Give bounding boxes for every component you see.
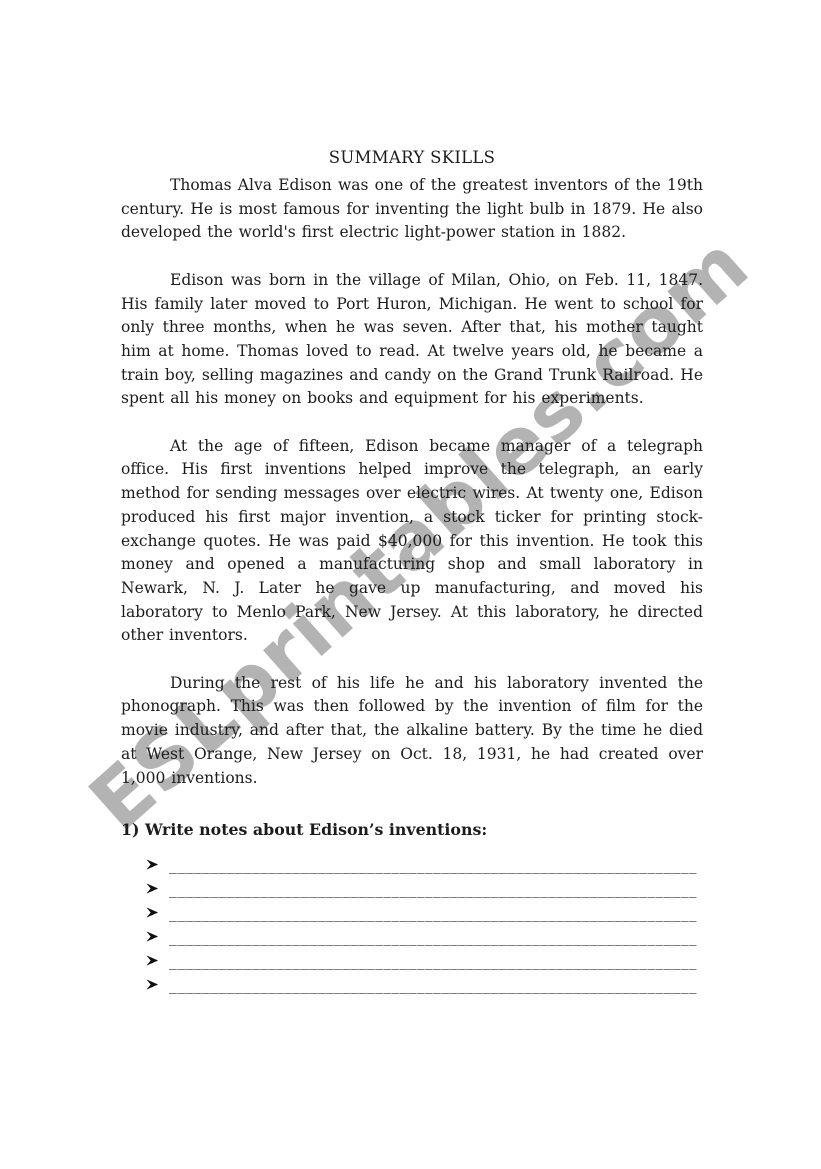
question-label: 1) Write notes about Edison’s inventions… — [121, 818, 703, 842]
answer-row: ________________________________________… — [145, 972, 703, 996]
answer-row: ________________________________________… — [145, 900, 703, 924]
paragraph-later-life: During the rest of his life he and his l… — [121, 672, 703, 791]
answer-line: ________________________________________… — [169, 878, 697, 900]
paragraph-early-life: Edison was born in the village of Milan,… — [121, 269, 703, 411]
answer-row: ________________________________________… — [145, 876, 703, 900]
answer-row: ________________________________________… — [145, 852, 703, 876]
answer-row: ________________________________________… — [145, 924, 703, 948]
arrow-right-bullet-icon — [145, 881, 160, 896]
answer-line: ________________________________________… — [169, 902, 697, 924]
answer-line: ________________________________________… — [169, 974, 697, 996]
arrow-right-bullet-icon — [145, 953, 160, 968]
arrow-right-bullet-icon — [145, 857, 160, 872]
paragraph-intro: Thomas Alva Edison was one of the greate… — [121, 174, 703, 245]
arrow-right-bullet-icon — [145, 929, 160, 944]
document-page: SUMMARY SKILLS Thomas Alva Edison was on… — [121, 146, 703, 996]
paragraph-career: At the age of fifteen, Edison became man… — [121, 435, 703, 648]
answer-lines-list: ________________________________________… — [121, 852, 703, 996]
answer-row: ________________________________________… — [145, 948, 703, 972]
document-title: SUMMARY SKILLS — [121, 146, 703, 170]
answer-line: ________________________________________… — [169, 950, 697, 972]
answer-line: ________________________________________… — [169, 854, 697, 876]
arrow-right-bullet-icon — [145, 905, 160, 920]
answer-line: ________________________________________… — [169, 926, 697, 948]
arrow-right-bullet-icon — [145, 977, 160, 992]
